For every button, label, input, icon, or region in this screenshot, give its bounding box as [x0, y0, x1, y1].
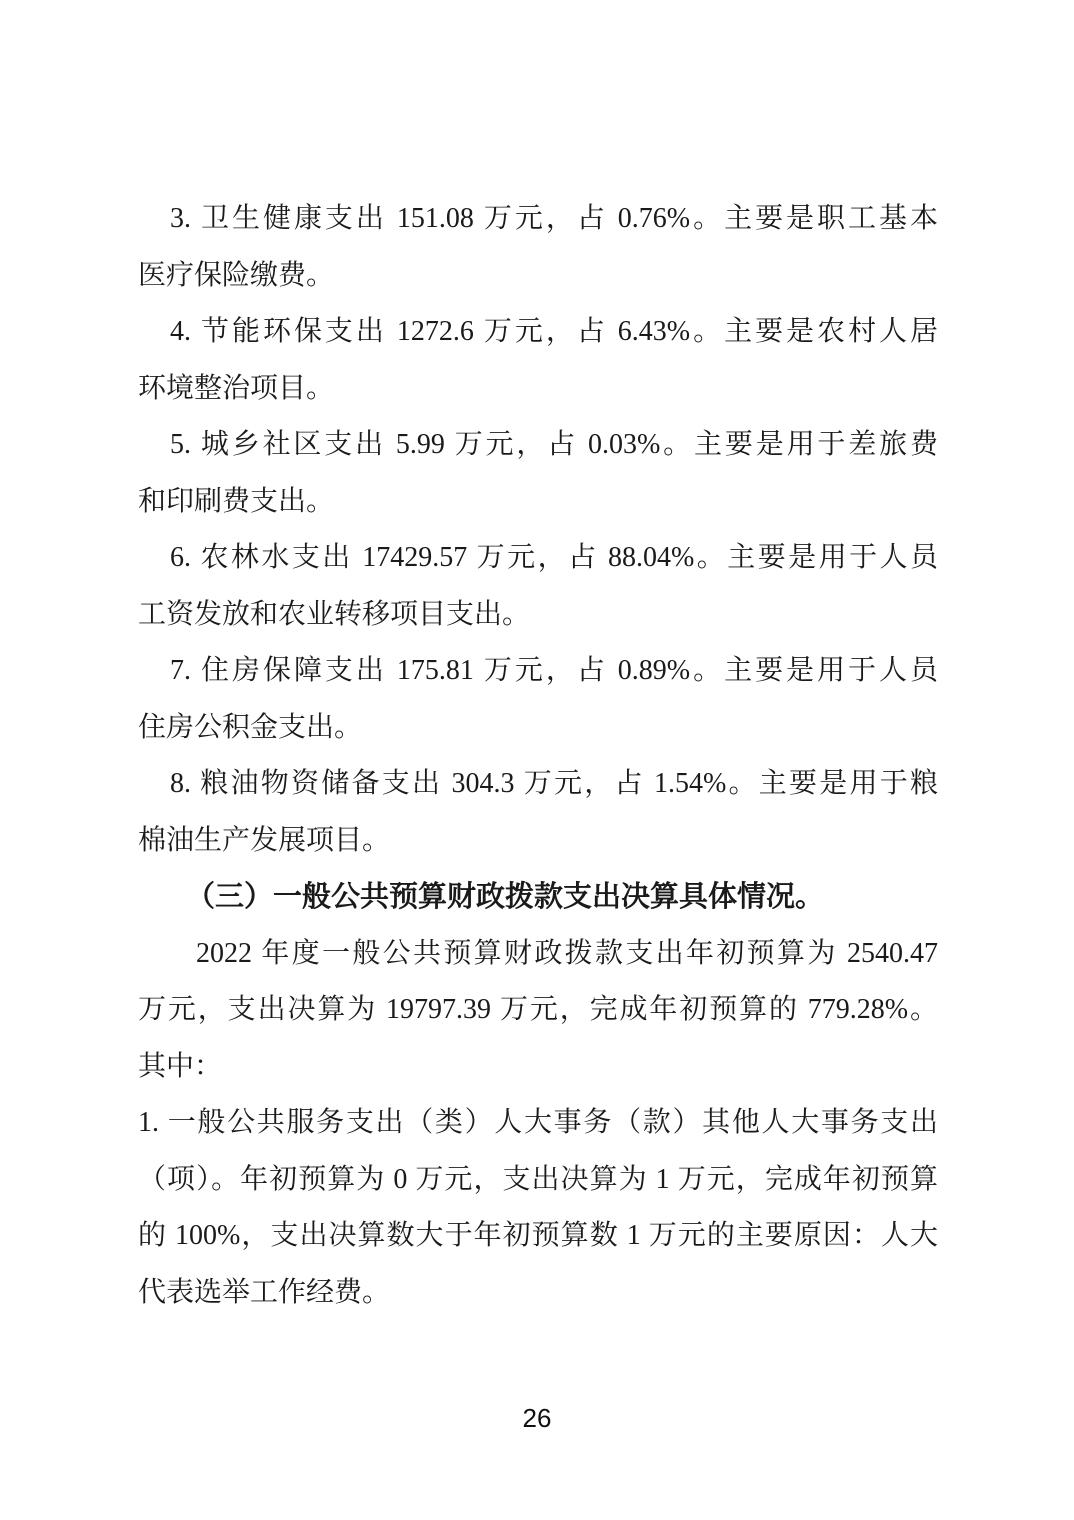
text-line: 住房公积金支出。	[138, 700, 938, 757]
text-line: 和印刷费支出。	[138, 474, 938, 531]
text-line: 棉油生产发展项目。	[138, 813, 938, 870]
text-line: 8. 粮油物资储备支出 304.3 万元，占 1.54%。主要是用于粮	[138, 756, 938, 813]
text-line: 1. 一般公共服务支出（类）人大事务（款）其他人大事务支出	[138, 1095, 938, 1152]
text-line: 环境整治项目。	[138, 361, 938, 418]
text-line: 2022 年度一般公共预算财政拨款支出年初预算为 2540.47	[138, 926, 938, 983]
document-body: 3. 卫生健康支出 151.08 万元，占 0.76%。主要是职工基本 医疗保险…	[138, 191, 938, 1321]
text-line: 7. 住房保障支出 175.81 万元，占 0.89%。主要是用于人员	[138, 643, 938, 700]
text-line: 其中：	[138, 1039, 938, 1096]
page-number: 26	[0, 1398, 1074, 1438]
text-line: 万元，支出决算为 19797.39 万元，完成年初预算的 779.28%。	[138, 982, 938, 1039]
text-line: （项）。年初预算为 0 万元，支出决算为 1 万元，完成年初预算	[138, 1152, 938, 1209]
document-page: 3. 卫生健康支出 151.08 万元，占 0.76%。主要是职工基本 医疗保险…	[0, 0, 1074, 1520]
text-line: 5. 城乡社区支出 5.99 万元，占 0.03%。主要是用于差旅费	[138, 417, 938, 474]
text-line: 3. 卫生健康支出 151.08 万元，占 0.76%。主要是职工基本	[138, 191, 938, 248]
text-line: 工资发放和农业转移项目支出。	[138, 587, 938, 644]
text-line: 的 100%，支出决算数大于年初预算数 1 万元的主要原因：人大	[138, 1208, 938, 1265]
text-line: 6. 农林水支出 17429.57 万元，占 88.04%。主要是用于人员	[138, 530, 938, 587]
section-heading: （三）一般公共预算财政拨款支出决算具体情况。	[138, 869, 938, 926]
text-line: 代表选举工作经费。	[138, 1265, 938, 1322]
text-line: 医疗保险缴费。	[138, 248, 938, 305]
text-line: 4. 节能环保支出 1272.6 万元，占 6.43%。主要是农村人居	[138, 304, 938, 361]
